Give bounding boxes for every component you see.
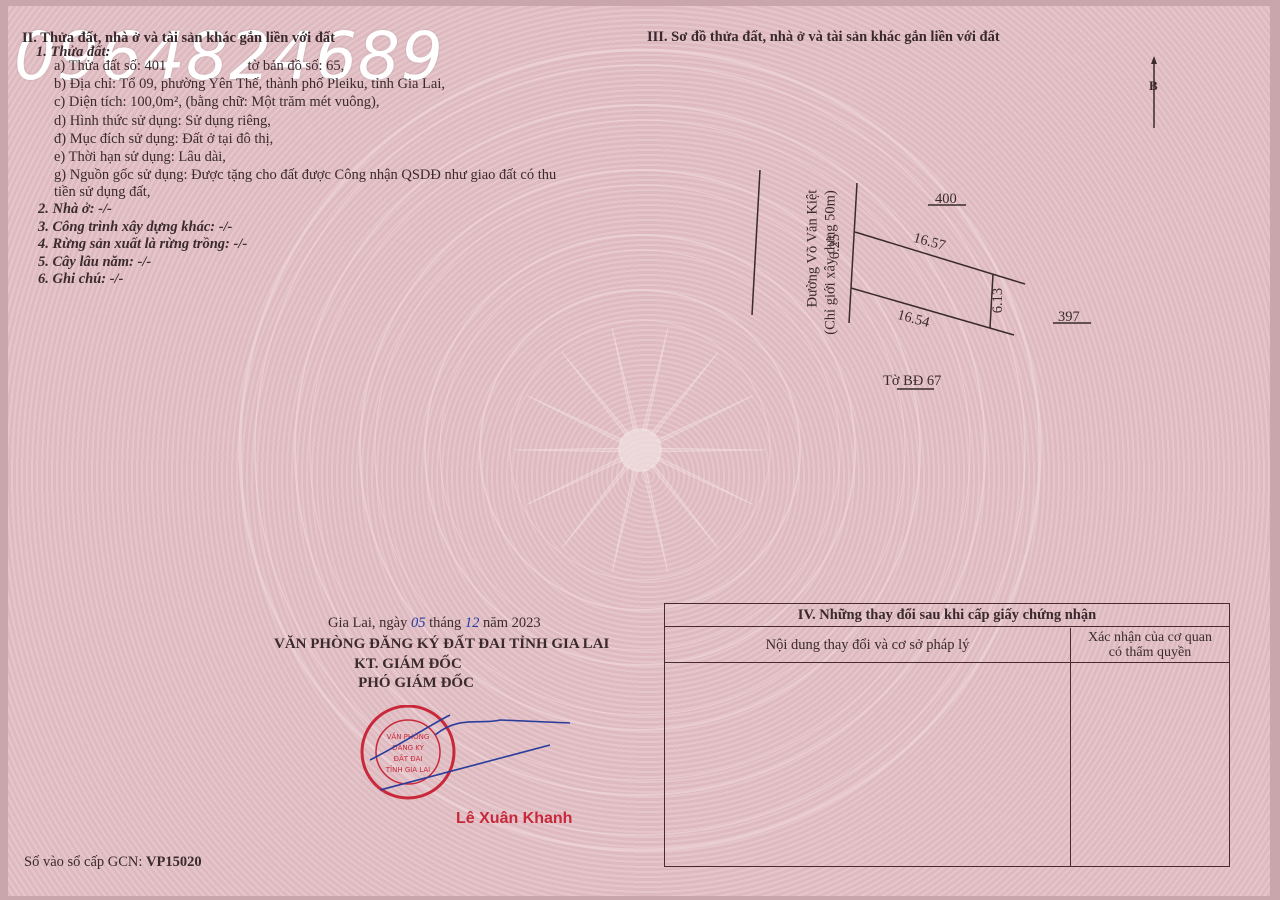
register-number: Số vào sổ cấp GCN: VP15020 (24, 854, 202, 871)
changes-table-header: Nội dung thay đổi và cơ sở pháp lý Xác n… (665, 628, 1229, 663)
issuing-office: VĂN PHÒNG ĐĂNG KÝ ĐẤT ĐAI TỈNH GIA LAI (274, 636, 609, 653)
map-sheet-label: Tờ BĐ 67 (883, 373, 941, 390)
column-divider (1070, 628, 1071, 866)
svg-text:ĐẤT ĐAI: ĐẤT ĐAI (394, 753, 423, 763)
issue-date: Gia Lai, ngày 05 tháng 12 năm 2023 (328, 615, 541, 632)
parcel-left-edge (849, 183, 857, 323)
col-authority-confirmation: Xác nhận của cơ quan có thẩm quyền (1071, 630, 1229, 660)
register-value: VP15020 (146, 854, 202, 870)
north-label: B (1149, 77, 1158, 94)
edge-right-length: 6.13 (990, 288, 1007, 313)
neighbor-397: 397 (1058, 309, 1080, 326)
svg-text:TỈNH GIA LAI: TỈNH GIA LAI (385, 765, 430, 774)
month-word: tháng (429, 615, 461, 631)
issue-month: 12 (465, 615, 480, 631)
svg-text:ĐĂNG KÝ: ĐĂNG KÝ (392, 743, 424, 752)
road-setback: (Chỉ giới xây dựng 50m) (823, 183, 840, 343)
role-line-2: PHÓ GIÁM ĐỐC (336, 675, 496, 692)
section4-title: IV. Những thay đổi sau khi cấp giấy chứn… (665, 604, 1229, 627)
neighbor-400: 400 (935, 191, 957, 208)
role-line-1: KT. GIÁM ĐỐC (348, 656, 468, 673)
signature-stroke (370, 715, 570, 790)
road-name: Đường Võ Văn Kiệt (805, 179, 822, 319)
col-change-content: Nội dung thay đổi và cơ sở pháp lý (665, 628, 1070, 662)
official-stamp: VĂN PHÒNG ĐĂNG KÝ ĐẤT ĐAI TỈNH GIA LAI (340, 705, 580, 805)
road-line (752, 170, 760, 315)
col2-line2: có thẩm quyền (1071, 645, 1229, 660)
signer-name: Lê Xuân Khanh (456, 810, 572, 828)
register-label: Số vào sổ cấp GCN: (24, 854, 142, 870)
issue-year: năm 2023 (483, 615, 541, 631)
issue-day: 05 (411, 615, 426, 631)
changes-table: IV. Những thay đổi sau khi cấp giấy chứn… (664, 603, 1230, 867)
col2-line1: Xác nhận của cơ quan (1071, 630, 1229, 645)
date-prefix: Gia Lai, ngày (328, 615, 407, 631)
